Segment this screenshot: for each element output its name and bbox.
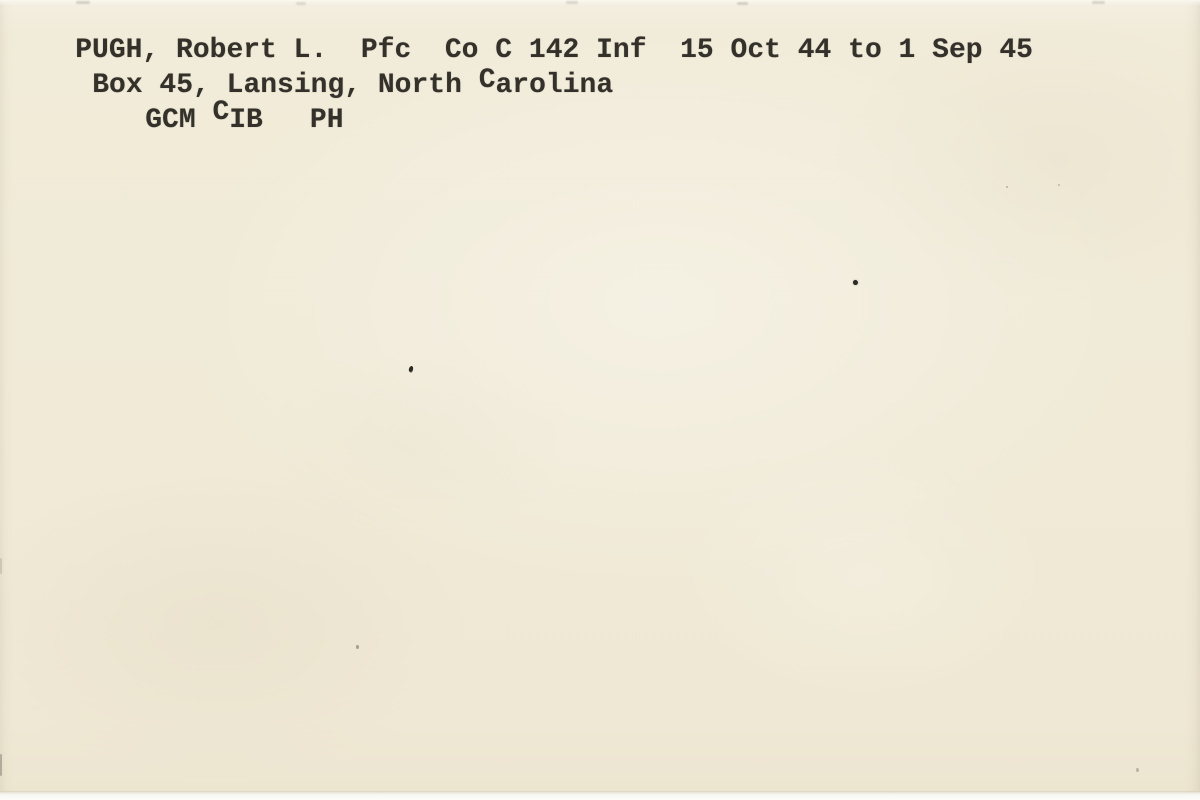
ink-speck xyxy=(356,645,359,649)
ink-speck xyxy=(1058,184,1060,186)
scanned-index-card: PUGH, Robert L.PfcCo C 142 Inf15 Oct 44 … xyxy=(0,0,1200,800)
award-cib-raised-c: C xyxy=(212,97,229,128)
award-cib-rest: IB xyxy=(229,105,263,136)
award-ph: PH xyxy=(310,105,344,136)
awards-line: GCMCIBPH xyxy=(78,76,344,166)
service-dates: 15 Oct 44 to 1 Sep 45 xyxy=(680,35,1033,66)
scan-left-edge-mark xyxy=(0,754,2,776)
ink-speck xyxy=(408,365,414,372)
scan-smudge xyxy=(1092,1,1105,4)
ink-speck xyxy=(1006,186,1008,188)
scan-smudge xyxy=(76,1,90,4)
ink-speck xyxy=(853,280,859,286)
state-initial-raised: C xyxy=(479,65,496,96)
state-rest: arolina xyxy=(496,70,614,101)
award-gcm: GCM xyxy=(145,105,195,136)
scan-smudge xyxy=(566,1,578,4)
scan-smudge xyxy=(296,2,306,5)
scan-left-edge-mark xyxy=(0,558,2,574)
scan-bottom-edge xyxy=(0,791,1200,800)
ink-speck xyxy=(1136,768,1139,772)
scan-smudge xyxy=(737,2,748,5)
